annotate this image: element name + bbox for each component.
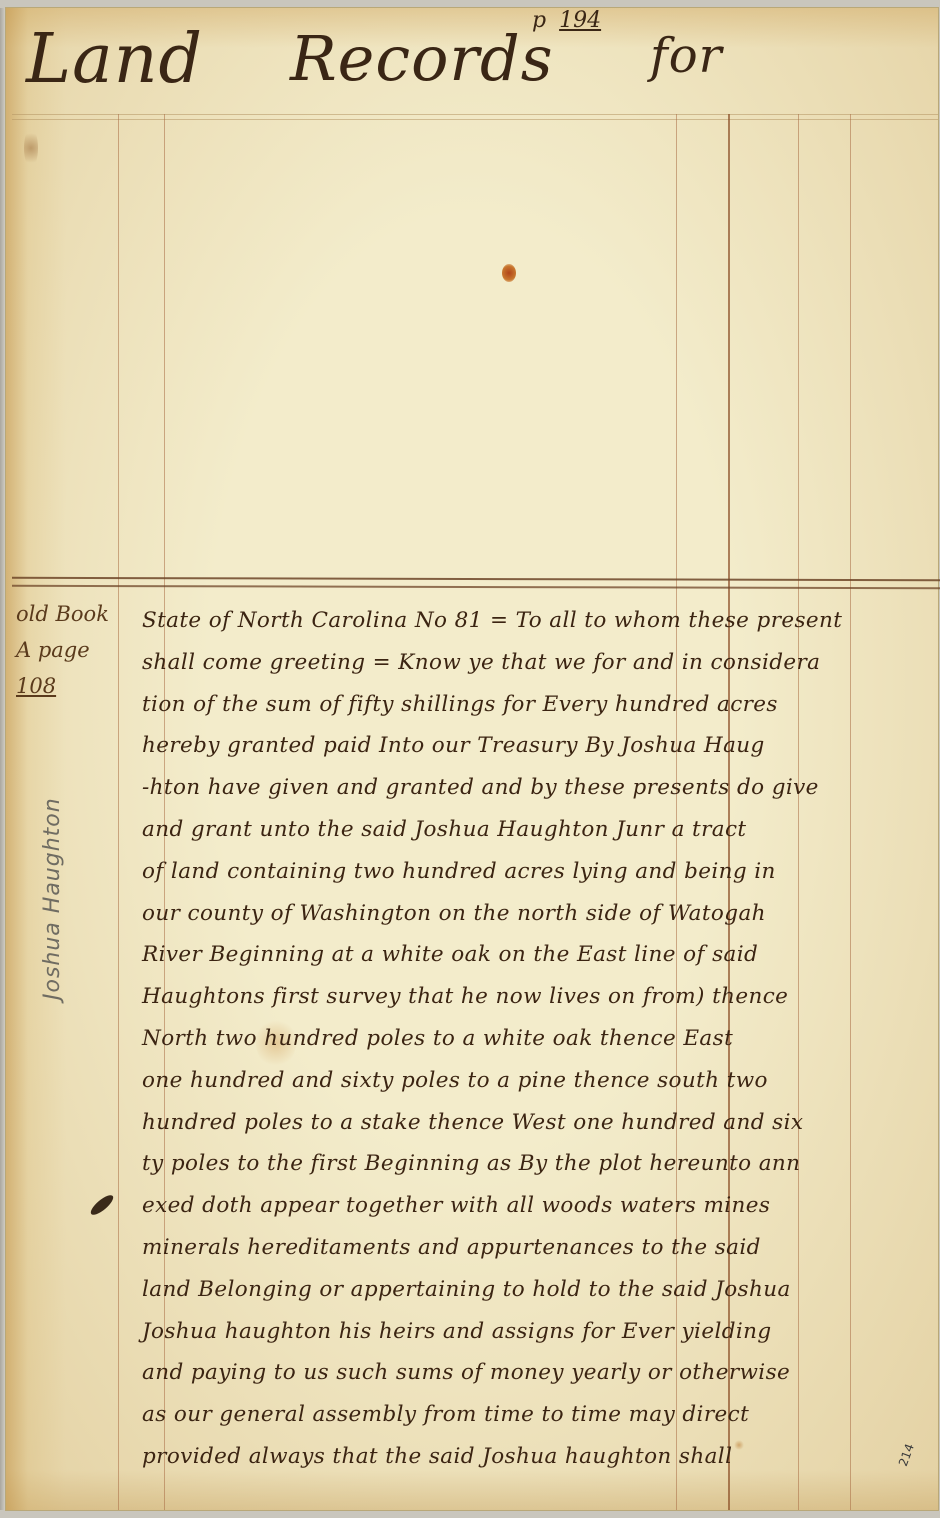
body-line: River Beginning at a white oak on the Ea… (142, 934, 932, 976)
body-line: land Belonging or appertaining to hold t… (142, 1269, 932, 1311)
body-line: our county of Washington on the north si… (142, 893, 932, 935)
pencil-grantee-annotation: Joshua Haughton (40, 797, 65, 1000)
body-line: provided always that the said Joshua hau… (142, 1436, 932, 1478)
margin-ref-number: 108 (16, 668, 116, 704)
body-line: hereby granted paid Into our Treasury By… (142, 725, 932, 767)
body-line: ty poles to the first Beginning as By th… (142, 1143, 932, 1185)
header-rule (12, 114, 938, 115)
margin-book-reference: old Book A page 108 (16, 596, 116, 704)
title-word-for: for (650, 28, 723, 84)
body-line: minerals hereditaments and appurtenances… (142, 1227, 932, 1269)
page-ref-number: 194 (559, 8, 601, 33)
body-line: Joshua haughton his heirs and assigns fo… (142, 1311, 932, 1353)
grant-body-text: State of North Carolina No 81 = To all t… (142, 600, 932, 1478)
body-line: of land containing two hundred acres lyi… (142, 851, 932, 893)
rust-stain (502, 264, 516, 282)
section-divider-rule (12, 577, 940, 589)
column-line-1 (118, 114, 119, 1510)
title-word-land: Land (26, 20, 203, 99)
page-reference: p 194 (532, 8, 601, 33)
header-rule-2 (12, 119, 938, 120)
body-line: and grant unto the said Joshua Haughton … (142, 809, 932, 851)
body-line: hundred poles to a stake thence West one… (142, 1102, 932, 1144)
margin-ref-book: old Book (16, 596, 116, 632)
body-line: tion of the sum of fifty shillings for E… (142, 684, 932, 726)
title-word-records: Records (290, 22, 554, 95)
margin-ref-page: A page (16, 632, 116, 668)
body-line: shall come greeting = Know ye that we fo… (142, 642, 932, 684)
body-line: exed doth appear together with all woods… (142, 1185, 932, 1227)
edge-stain (24, 128, 38, 168)
body-line: North two hundred poles to a white oak t… (142, 1018, 932, 1060)
body-line: one hundred and sixty poles to a pine th… (142, 1060, 932, 1102)
body-line: as our general assembly from time to tim… (142, 1394, 932, 1436)
body-line: State of North Carolina No 81 = To all t… (142, 600, 932, 642)
page-ref-prefix: p (532, 8, 546, 33)
body-line: and paying to us such sums of money year… (142, 1352, 932, 1394)
body-line: -hton have given and granted and by thes… (142, 767, 932, 809)
body-line: Haughtons first survey that he now lives… (142, 976, 932, 1018)
